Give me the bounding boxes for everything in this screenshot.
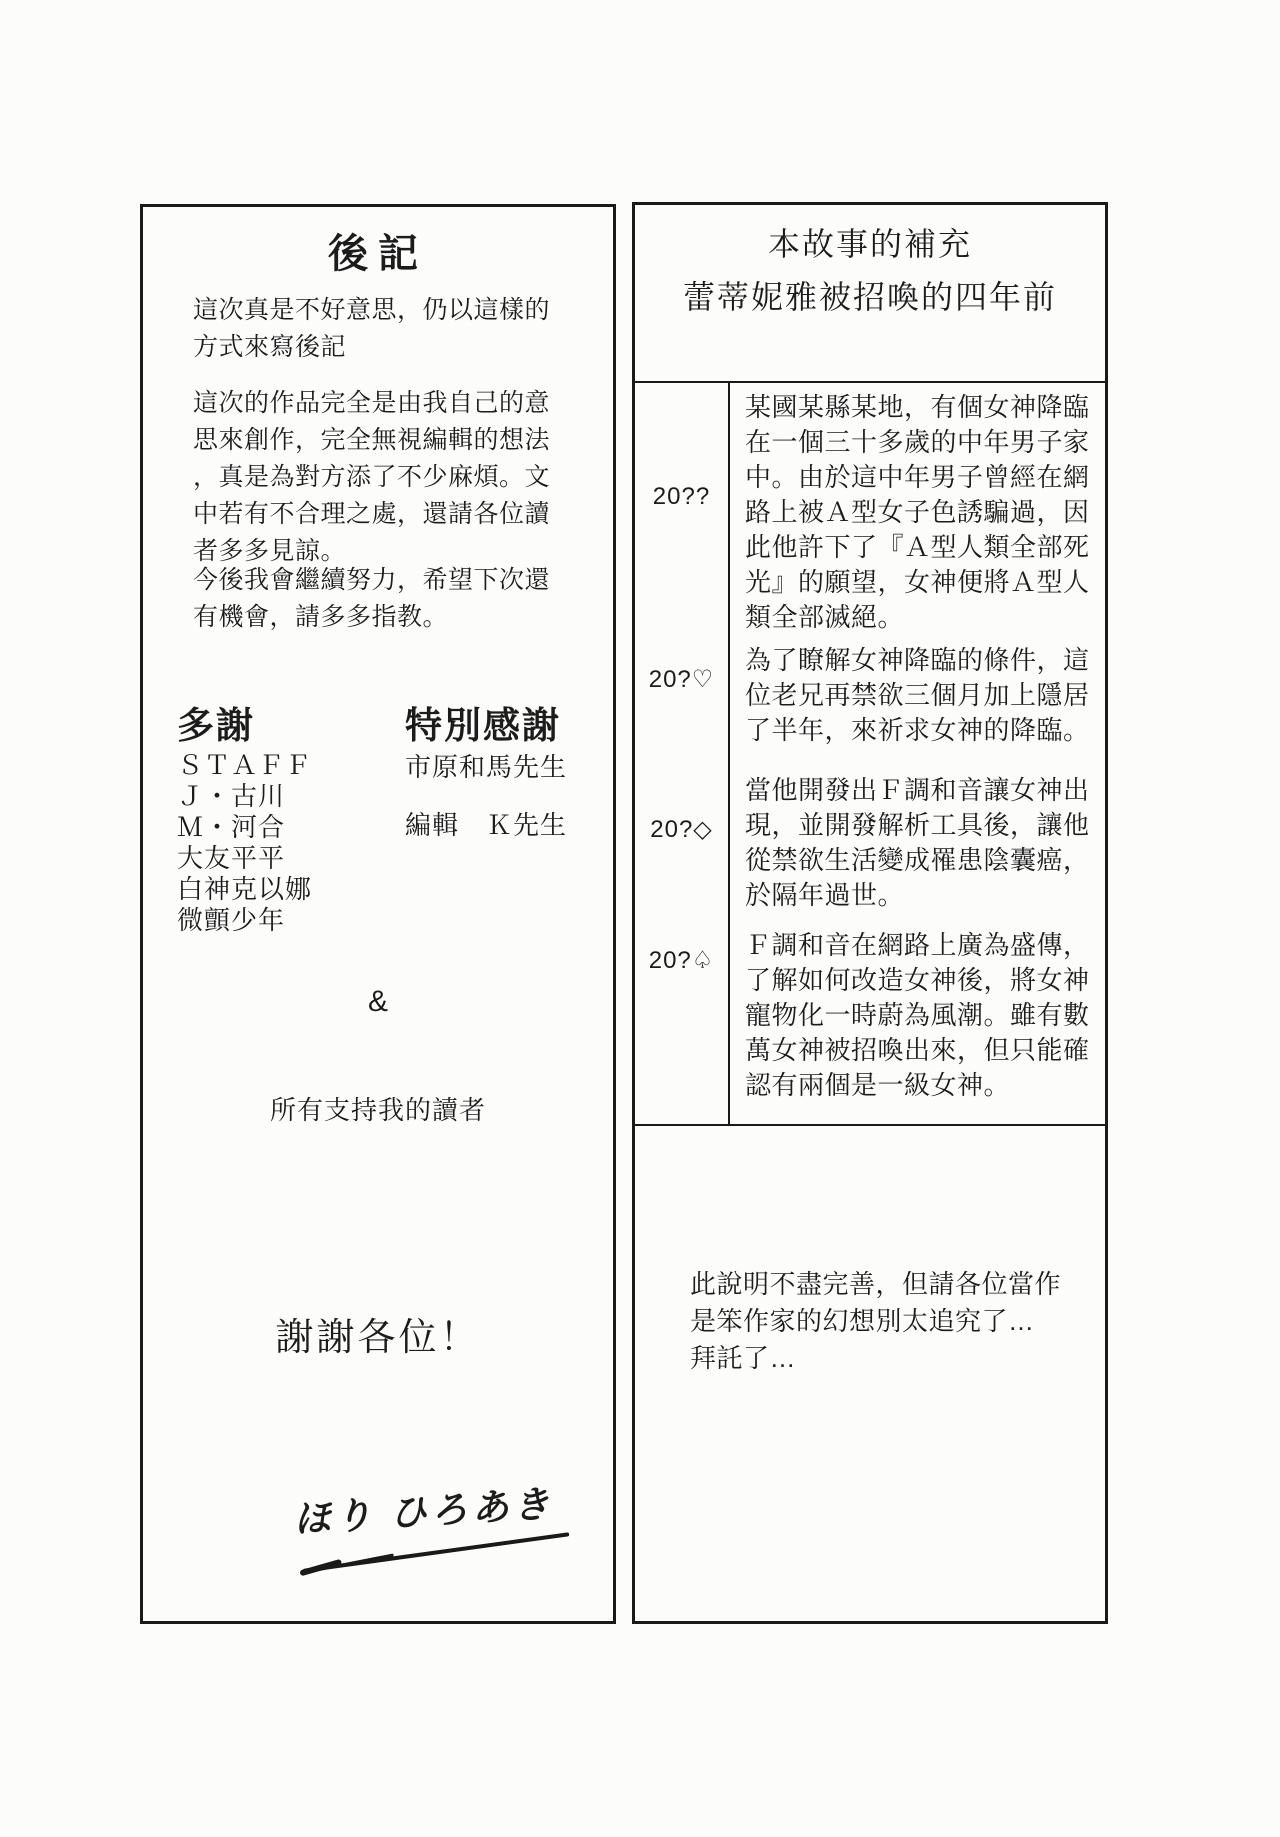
special-thanks-heading: 特別感謝	[405, 695, 561, 749]
staff-list-item: Ｍ・河合	[177, 812, 312, 843]
timeline-entry-text: 為了瞭解女神降臨的條件，這 位老兄再禁欲三個月加上隱居 了半年，來祈求女神的降臨…	[745, 643, 1090, 748]
supplement-panel: 本故事的補充 蕾蒂妮雅被招喚的四年前 20?? 20?♡ 20?◇ 20?♤ 某…	[632, 202, 1108, 1624]
author-signature: ほり ひろあき	[292, 1471, 598, 1589]
afterword-paragraph-2: 這次的作品完全是由我自己的意 思來創作，完全無視編輯的想法 ，真是為對方添了不少…	[193, 385, 550, 570]
supplement-bottom-note: 此說明不盡完善，但請各位當作 是笨作家的幻想別太追究了… 拜託了…	[690, 1266, 1061, 1377]
timeline-year-label: 20?◇	[635, 815, 728, 844]
staff-list-item: ＳＴＡＦＦ	[177, 750, 312, 781]
special-thanks-item: 市原和馬先生	[405, 752, 567, 783]
ampersand: &	[143, 985, 613, 1019]
timeline-year-label: 20??	[635, 483, 728, 511]
supplement-title: 本故事的補充	[635, 219, 1105, 265]
afterword-title: 後記	[143, 222, 613, 279]
staff-list-item: 微顫少年	[177, 905, 312, 936]
timeline-year-label: 20?♤	[635, 946, 728, 975]
timeline-entry-text: Ｆ調和音在網路上廣為盛傳， 了解如何改造女神後，將女神 寵物化一時蔚為風潮。雖有…	[745, 928, 1090, 1103]
readers-line: 所有支持我的讀者	[143, 1090, 613, 1127]
header-divider-line	[635, 381, 1105, 383]
afterword-paragraph-3: 今後我會繼續努力，希望下次還 有機會，請多多指教。	[193, 562, 550, 636]
staff-list-item: 白神克以娜	[177, 874, 312, 905]
afterword-panel: 後記 這次真是不好意思，仍以這樣的 方式來寫後記 這次的作品完全是由我自己的意 …	[140, 204, 616, 1624]
timeline-entry-text: 某國某縣某地，有個女神降臨 在一個三十多歲的中年男子家 中。由於這中年男子曾經在…	[745, 390, 1090, 635]
timeline-entry-text: 當他開發出Ｆ調和音讓女神出 現，並開發解析工具後，讓他 從禁欲生活變成罹患陰囊癌…	[745, 773, 1090, 913]
year-column-divider-line	[728, 381, 730, 1124]
timeline-bottom-divider-line	[635, 1124, 1105, 1126]
thanks-heading: 多謝	[177, 695, 255, 749]
manga-afterword-page: 後記 這次真是不好意思，仍以這樣的 方式來寫後記 這次的作品完全是由我自己的意 …	[0, 0, 1280, 1837]
special-thanks-item: 編輯 Ｋ先生	[405, 810, 567, 841]
afterword-paragraph-1: 這次真是不好意思，仍以這樣的 方式來寫後記	[193, 292, 550, 366]
closing-line: 謝謝各位！	[143, 1306, 613, 1361]
staff-list: ＳＴＡＦＦ Ｊ・古川 Ｍ・河合 大友平平 白神克以娜 微顫少年	[177, 750, 312, 936]
staff-list-item: Ｊ・古川	[177, 781, 312, 812]
staff-list-item: 大友平平	[177, 843, 312, 874]
timeline-year-label: 20?♡	[635, 665, 728, 694]
supplement-subtitle: 蕾蒂妮雅被招喚的四年前	[635, 272, 1105, 318]
